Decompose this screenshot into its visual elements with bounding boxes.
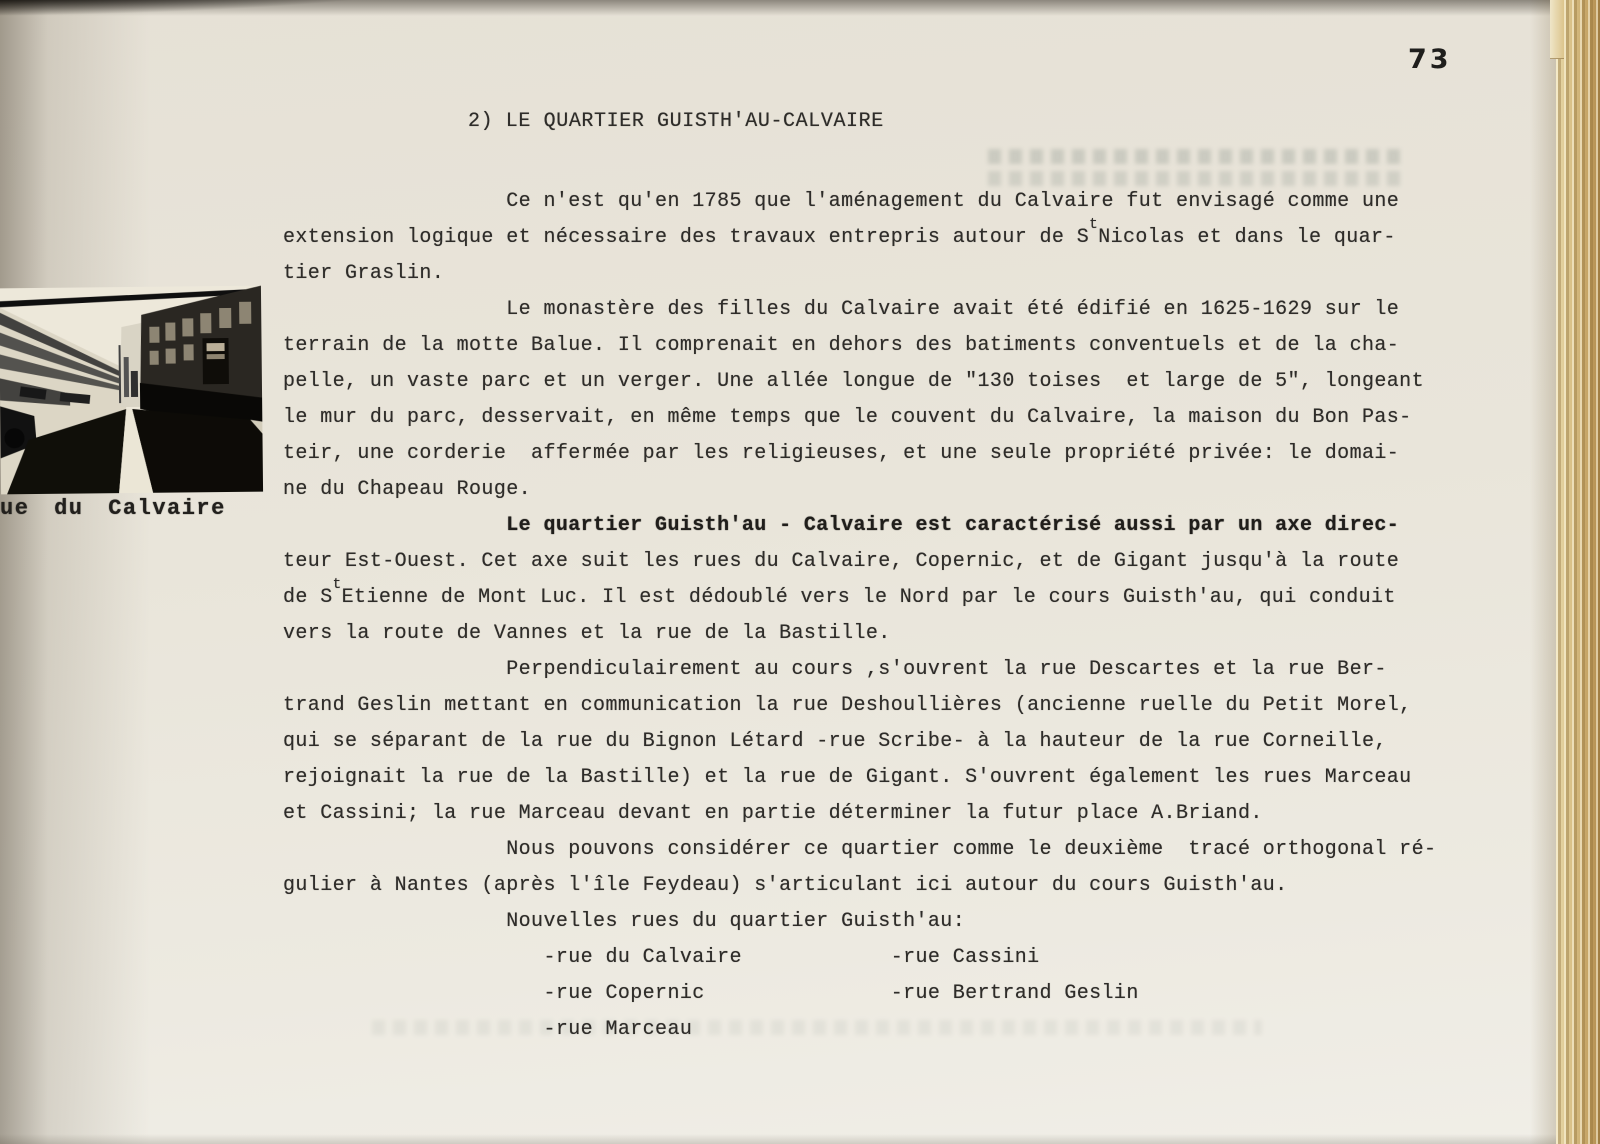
ink-bleedthrough [988, 149, 1406, 164]
page-bottom-shadow [0, 1134, 1556, 1144]
text-line: trand Geslin mettant en communication la… [283, 688, 1463, 724]
text-line: et Cassini; la rue Marceau devant en par… [283, 796, 1463, 832]
text-line: rejoignait la rue de la Bastille) et la … [283, 760, 1463, 796]
section-heading: 2) LE QUARTIER GUISTH'AU-CALVAIRE [468, 110, 884, 133]
text-line: teir, une corderie affermée par les reli… [283, 436, 1463, 472]
book-pages-edge [1556, 0, 1600, 1144]
text-line: pelle, un vaste parc et un verger. Une a… [283, 364, 1463, 400]
street-photo [0, 286, 263, 495]
text-line: Le monastère des filles du Calvaire avai… [283, 292, 1463, 328]
book-page: 73 2) LE QUARTIER GUISTH'AU-CALVAIRE [0, 0, 1556, 1144]
text-line: qui se séparant de la rue du Bignon Léta… [283, 724, 1463, 760]
text-line: de StEtienne de Mont Luc. Il est dédoubl… [283, 580, 1463, 616]
text-line: gulier à Nantes (après l'île Feydeau) s'… [283, 868, 1463, 904]
text-line: extension logique et nécessaire des trav… [283, 220, 1463, 256]
text-line: Nouvelles rues du quartier Guisth'au: [283, 904, 1463, 940]
body-text: Ce n'est qu'en 1785 que l'aménagement du… [283, 184, 1463, 1048]
text-line: -rue Marceau [283, 1012, 1463, 1048]
text-line: -rue Copernic -rue Bertrand Geslin [283, 976, 1463, 1012]
text-line: le mur du parc, desservait, en même temp… [283, 400, 1463, 436]
street-photo-image [0, 286, 263, 495]
text-line: tier Graslin. [283, 256, 1463, 292]
text-line: Ce n'est qu'en 1785 que l'aménagement du… [283, 184, 1463, 220]
text-line: Perpendiculairement au cours ,s'ouvrent … [283, 652, 1463, 688]
text-line: Le quartier Guisth'au - Calvaire est car… [283, 508, 1463, 544]
photo-caption: ue du Calvaire [0, 496, 226, 521]
text-line: terrain de la motte Balue. Il comprenait… [283, 328, 1463, 364]
scanned-book-page: { "page": { "number": "73", "heading": "… [0, 0, 1600, 1144]
text-line: ne du Chapeau Rouge. [283, 472, 1463, 508]
text-line: -rue du Calvaire -rue Cassini [283, 940, 1463, 976]
text-line: vers la route de Vannes et la rue de la … [283, 616, 1463, 652]
page-corner-step [1550, 0, 1564, 59]
text-line: teur Est-Ouest. Cet axe suit les rues du… [283, 544, 1463, 580]
page-number: 73 [1408, 44, 1452, 75]
text-line: Nous pouvons considérer ce quartier comm… [283, 832, 1463, 868]
